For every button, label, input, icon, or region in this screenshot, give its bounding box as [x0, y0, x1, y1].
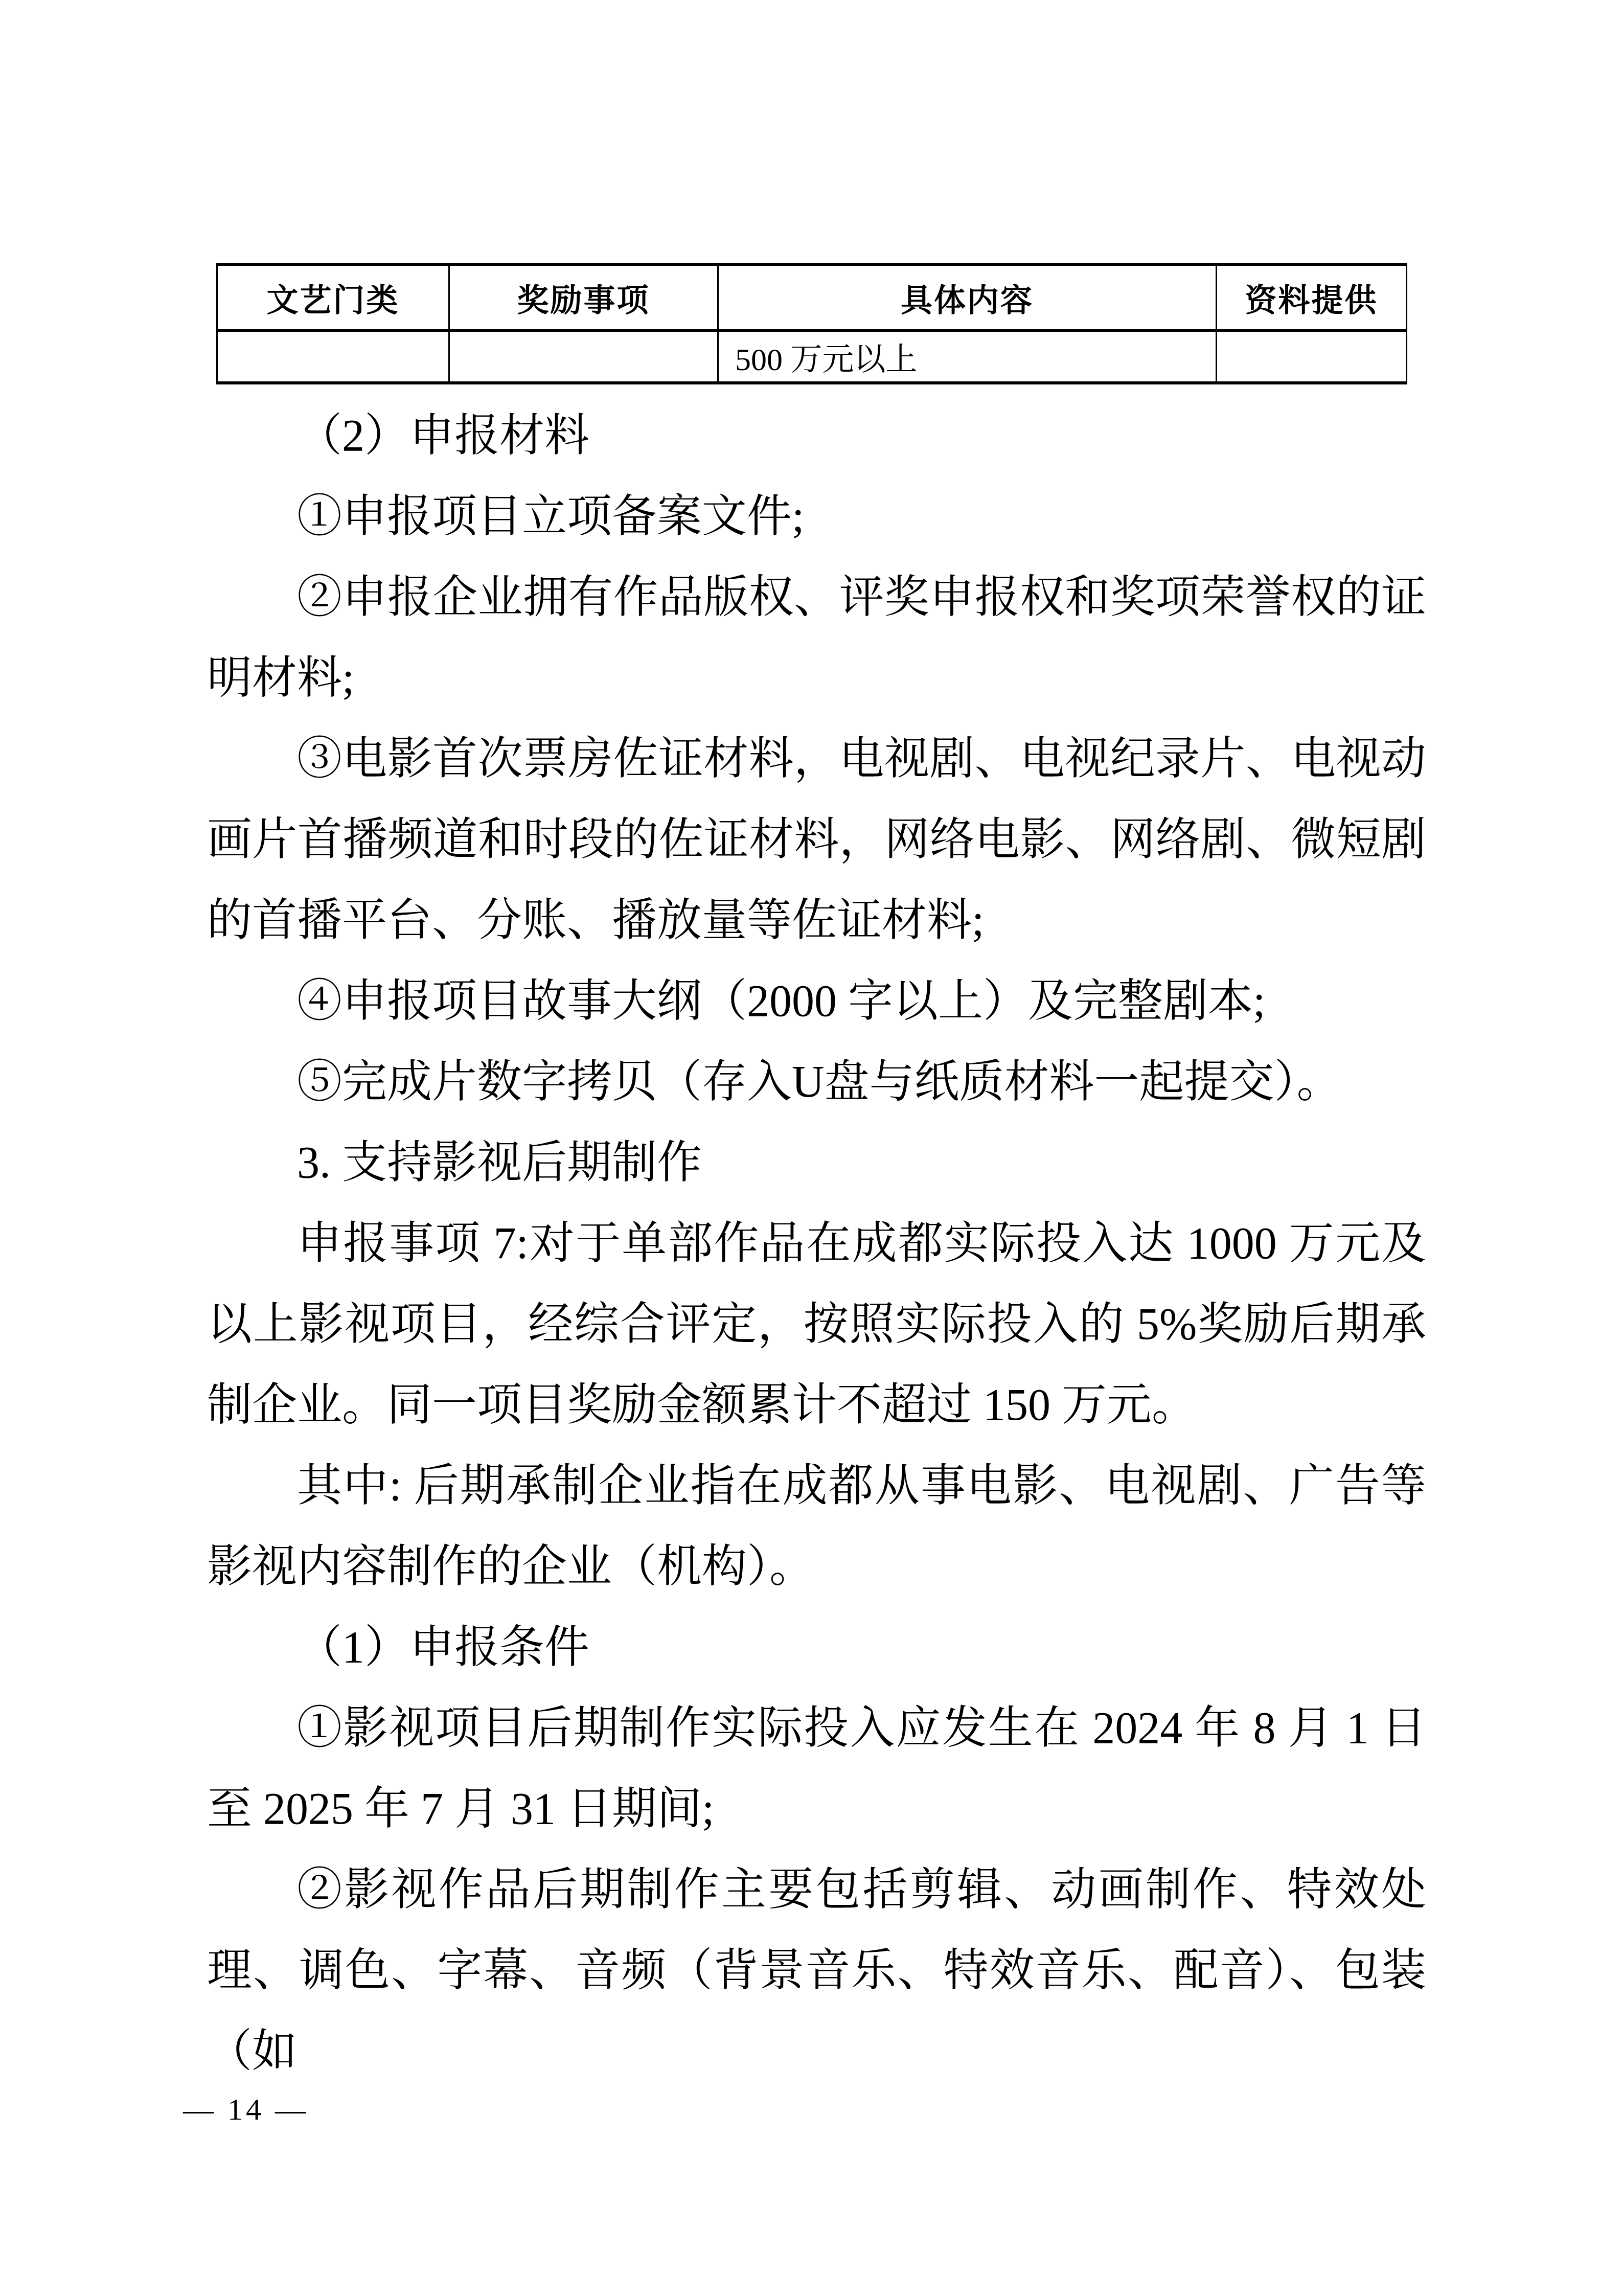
paragraph: ①申报项目立项备案文件;: [207, 476, 1426, 557]
section-heading: 3. 支持影视后期制作: [207, 1123, 1426, 1203]
table-cell-detail: 500 万元以上: [718, 331, 1217, 383]
paragraph: ⑤完成片数字拷贝（存入U盘与纸质材料一起提交）。: [207, 1042, 1426, 1123]
table-cell-award-item: [449, 331, 718, 383]
paragraph: 申报事项 7:对于单部作品在成都实际投入达 1000 万元及以上影视项目，经综合…: [207, 1203, 1426, 1446]
paragraph: ④申报项目故事大纲（2000 字以上）及完整剧本;: [207, 961, 1426, 1042]
table-header-cell-detail: 具体内容: [718, 264, 1217, 331]
document-body: （2）申报材料 ①申报项目立项备案文件; ②申报企业拥有作品版权、评奖申报权和奖…: [207, 396, 1426, 2092]
table-header-row: 文艺门类 奖励事项 具体内容 资料提供: [217, 264, 1407, 331]
paragraph: ②影视作品后期制作主要包括剪辑、动画制作、特效处理、调色、字幕、音频（背景音乐、…: [207, 1850, 1426, 2092]
award-table: 文艺门类 奖励事项 具体内容 资料提供 500 万元以上: [216, 263, 1407, 384]
table-header-cell-category: 文艺门类: [217, 264, 449, 331]
paragraph: 其中: 后期承制企业指在成都从事电影、电视剧、广告等影视内容制作的企业（机构）。: [207, 1446, 1426, 1607]
document-page: 文艺门类 奖励事项 具体内容 资料提供 500 万元以上 （2）申报材料 ①申报…: [0, 0, 1623, 2296]
paragraph: ②申报企业拥有作品版权、评奖申报权和奖项荣誉权的证明材料;: [207, 557, 1426, 719]
table-row: 500 万元以上: [217, 331, 1407, 383]
paragraph: ①影视项目后期制作实际投入应发生在 2024 年 8 月 1 日至 2025 年…: [207, 1688, 1426, 1850]
paragraph: ③电影首次票房佐证材料，电视剧、电视纪录片、电视动画片首播频道和时段的佐证材料，…: [207, 719, 1426, 961]
table-header-cell-award-item: 奖励事项: [449, 264, 718, 331]
table-cell-category: [217, 331, 449, 383]
paragraph: （2）申报材料: [207, 396, 1426, 476]
table-cell-materials: [1217, 331, 1407, 383]
sub-heading: （1）申报条件: [207, 1607, 1426, 1688]
page-number: — 14 —: [183, 2090, 309, 2129]
table-header-cell-materials: 资料提供: [1217, 264, 1407, 331]
